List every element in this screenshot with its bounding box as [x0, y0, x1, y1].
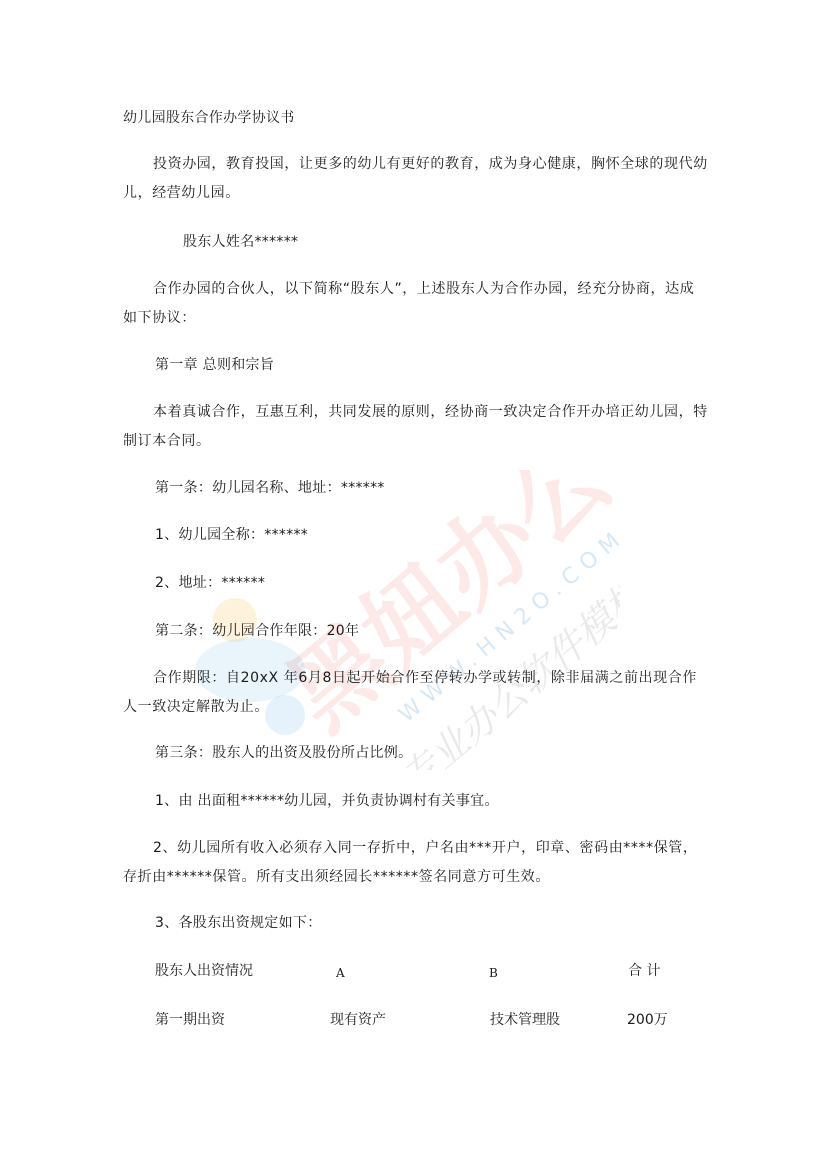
article-3-item-3: 3、各股东出资规定如下：	[155, 911, 322, 935]
document-title: 幼儿园股东合作办学协议书	[123, 106, 295, 130]
table-cell: 技术管理股	[490, 1008, 560, 1032]
article-3: 第三条：股东人的出资及股份所占比例。	[155, 741, 412, 765]
article-1-item-2: 2、地址：******	[155, 571, 265, 595]
article-1-item-1: 1、幼儿园全称：******	[155, 523, 308, 547]
table-cell: 200万	[627, 1008, 668, 1032]
article-3-item-1: 1、由 出面租******幼儿园，并负责协调村有关事宜。	[155, 789, 499, 813]
table-header-cell: A	[336, 961, 345, 985]
intro-paragraph: 投资办园，教育投国，让更多的幼儿有更好的教育，成为身心健康，胸怀全球的现代幼儿，…	[123, 150, 708, 208]
term-paragraph: 合作期限：自20xX 年6月8日起开始合作至停转办学或转制，除非届满之前出现合作…	[123, 664, 708, 722]
table-cell: 第一期出资	[155, 1008, 225, 1032]
partners-paragraph: 合作办园的合伙人，以下简称“股东人”，上述股东人为合作办园，经充分协商，达成如下…	[123, 275, 708, 333]
article-1: 第一条：幼儿园名称、地址：******	[155, 476, 385, 500]
svg-text:专业办公软件模板素材分享: 专业办公软件模板素材分享	[392, 472, 620, 770]
table-cell: 现有资产	[330, 1008, 386, 1032]
table-header-cell: 合 计	[628, 959, 660, 983]
document-page: 黑妞办公 WWW.HN2O.COM 专业办公软件模板素材分享 幼儿园股东合作办学…	[0, 0, 827, 1169]
table-header-cell: 股东人出资情况	[155, 959, 253, 983]
article-2: 第二条：幼儿园合作年限：20年	[155, 619, 359, 643]
chapter-heading: 第一章 总则和宗旨	[155, 353, 274, 377]
table-header-cell: B	[489, 961, 498, 985]
article-3-item-2: 2、幼儿园所有收入必须存入同一存折中，户名由***开户，印章、密码由****保管…	[123, 834, 708, 892]
shareholder-name: 股东人姓名******	[183, 230, 298, 254]
purpose-paragraph: 本着真诚合作，互惠互利，共同发展的原则，经协商一致决定合作开办培正幼儿园，特制订…	[123, 398, 708, 456]
